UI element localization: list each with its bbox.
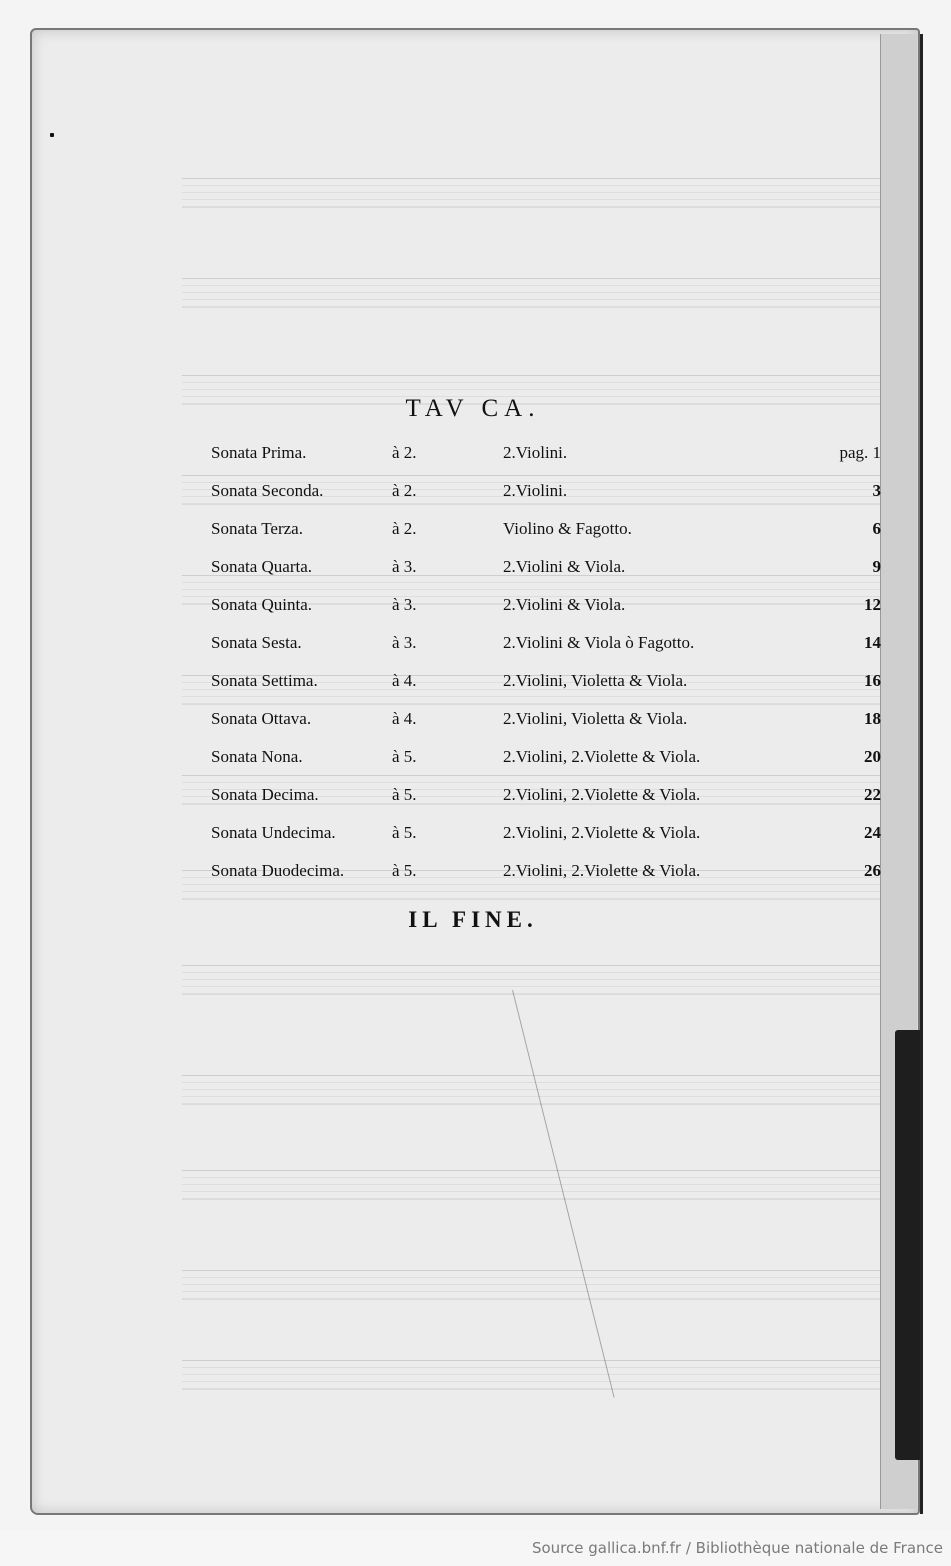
instrumentation: 2.Violini & Viola. (503, 557, 625, 577)
voice-count: à 2. (392, 443, 417, 463)
bleed-through-stave (182, 178, 902, 208)
sonata-name: Sonata Undecima. (211, 823, 336, 843)
blank-stave (182, 1360, 902, 1390)
bleed-through-stave (182, 965, 902, 995)
instrumentation: 2.Violini. (503, 481, 567, 501)
instrumentation: 2.Violini & Viola ò Fagotto. (503, 633, 694, 653)
page-number: 20 (864, 747, 881, 767)
toc-entry: Sonata Quarta. à 3. 2.Violini & Viola. 9 (211, 557, 881, 587)
voice-count: à 5. (392, 861, 417, 881)
voice-count: à 5. (392, 823, 417, 843)
binding-shadow (895, 1030, 922, 1460)
page-number: 22 (864, 785, 881, 805)
page-number: 18 (864, 709, 881, 729)
page-number: 6 (873, 519, 882, 539)
toc-entry: Sonata Nona. à 5. 2.Violini, 2.Violette … (211, 747, 881, 777)
page-number: 12 (864, 595, 881, 615)
toc-entry: Sonata Sesta. à 3. 2.Violini & Viola ò F… (211, 633, 881, 663)
page-number: 24 (864, 823, 881, 843)
page-number: 3 (873, 481, 882, 501)
blank-stave (182, 1270, 902, 1300)
page-number: 9 (873, 557, 882, 577)
instrumentation: 2.Violini, Violetta & Viola. (503, 709, 687, 729)
source-credit: Source gallica.bnf.fr / Bibliothèque nat… (532, 1539, 943, 1557)
toc-entry: Sonata Undecima. à 5. 2.Violini, 2.Viole… (211, 823, 881, 853)
voice-count: à 3. (392, 595, 417, 615)
voice-count: à 2. (392, 519, 417, 539)
blank-stave (182, 1075, 902, 1105)
toc-entry: Sonata Duodecima. à 5. 2.Violini, 2.Viol… (211, 861, 881, 891)
sonata-name: Sonata Settima. (211, 671, 318, 691)
toc-entry: Sonata Prima. à 2. 2.Violini. pag. 1 (211, 443, 881, 473)
instrumentation: 2.Violini, 2.Violette & Viola. (503, 823, 700, 843)
toc-entry: Sonata Settima. à 4. 2.Violini, Violetta… (211, 671, 881, 701)
voice-count: à 5. (392, 747, 417, 767)
page-number: 26 (864, 861, 881, 881)
sonata-name: Sonata Prima. (211, 443, 306, 463)
voice-count: à 3. (392, 557, 417, 577)
sonata-name: Sonata Duodecima. (211, 861, 344, 881)
page-number: pag. 1 (839, 443, 881, 463)
instrumentation: 2.Violini. (503, 443, 567, 463)
table-title: TAV CA. (30, 395, 916, 423)
ink-speck (50, 133, 54, 137)
toc-entry: Sonata Terza. à 2. Violino & Fagotto. 6 (211, 519, 881, 549)
voice-count: à 5. (392, 785, 417, 805)
toc-entry: Sonata Seconda. à 2. 2.Violini. 3 (211, 481, 881, 511)
voice-count: à 4. (392, 709, 417, 729)
voice-count: à 2. (392, 481, 417, 501)
toc-entry: Sonata Quinta. à 3. 2.Violini & Viola. 1… (211, 595, 881, 625)
sonata-name: Sonata Seconda. (211, 481, 323, 501)
sonata-name: Sonata Ottava. (211, 709, 311, 729)
toc-entry: Sonata Decima. à 5. 2.Violini, 2.Violett… (211, 785, 881, 815)
voice-count: à 4. (392, 671, 417, 691)
bleed-through-stave (182, 278, 902, 308)
sonata-name: Sonata Terza. (211, 519, 303, 539)
instrumentation: 2.Violini, Violetta & Viola. (503, 671, 687, 691)
blank-stave (182, 1170, 902, 1200)
page-number: 16 (864, 671, 881, 691)
page-number: 14 (864, 633, 881, 653)
binding-edge (920, 34, 923, 1514)
sonata-name: Sonata Nona. (211, 747, 303, 767)
instrumentation: Violino & Fagotto. (503, 519, 632, 539)
sonata-name: Sonata Quinta. (211, 595, 312, 615)
sonata-name: Sonata Quarta. (211, 557, 312, 577)
instrumentation: 2.Violini & Viola. (503, 595, 625, 615)
toc-entry: Sonata Ottava. à 4. 2.Violini, Violetta … (211, 709, 881, 739)
sonata-name: Sonata Decima. (211, 785, 319, 805)
sonata-name: Sonata Sesta. (211, 633, 302, 653)
voice-count: à 3. (392, 633, 417, 653)
instrumentation: 2.Violini, 2.Violette & Viola. (503, 861, 700, 881)
closing-text: IL FINE. (30, 907, 916, 933)
instrumentation: 2.Violini, 2.Violette & Viola. (503, 785, 700, 805)
instrumentation: 2.Violini, 2.Violette & Viola. (503, 747, 700, 767)
